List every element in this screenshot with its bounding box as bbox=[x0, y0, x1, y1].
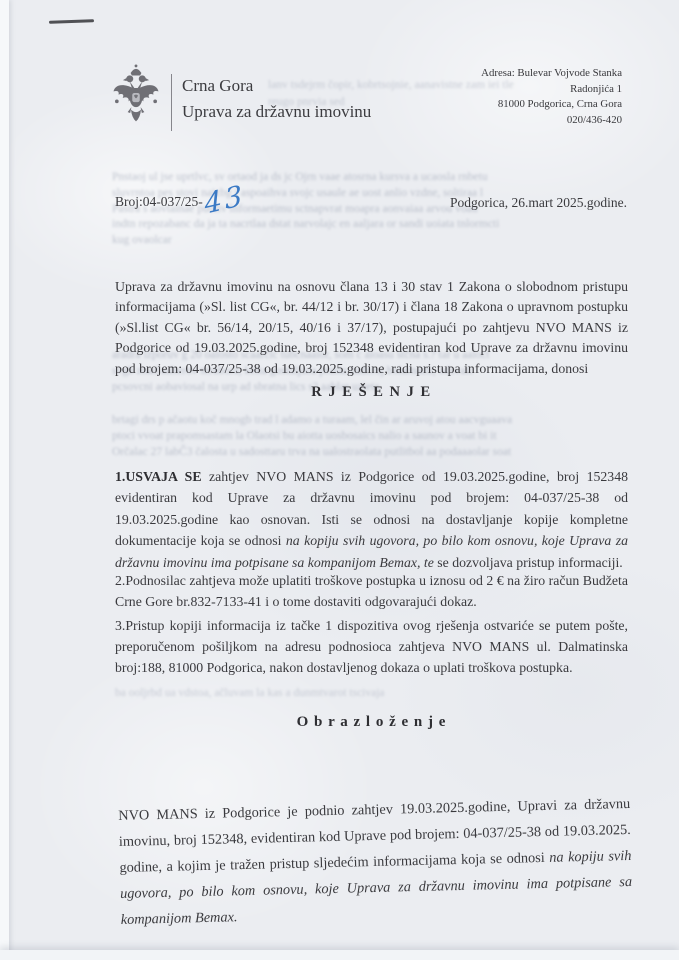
decision-point-1-lead: 1.USVAJA SE bbox=[115, 469, 202, 484]
scan-left-edge bbox=[0, 0, 9, 960]
address-line: Radonjića 1 bbox=[398, 82, 622, 98]
scan-artifact-dash bbox=[49, 19, 94, 24]
montenegro-coat-of-arms-icon bbox=[111, 63, 161, 138]
explanation-paragraph: NVO MANS iz Podgorice je podnio zahtjev … bbox=[118, 791, 633, 933]
letterhead-divider bbox=[171, 74, 172, 131]
phone-number: 020/436-420 bbox=[398, 113, 622, 129]
decision-point-2: 2.Podnosilac zahtjeva može uplatiti troš… bbox=[115, 570, 628, 612]
address-line: 81000 Podgorica, Crna Gora bbox=[398, 97, 622, 113]
bleed-through-text: ba ooljrbd ua vdstoa, ačluvam la kas a d… bbox=[115, 686, 415, 702]
agency-name: Uprava za državnu imovinu bbox=[182, 99, 371, 125]
country-name: Crna Gora bbox=[182, 73, 371, 99]
decision-point-1-tail: se dozvoljava pristup informaciji. bbox=[434, 555, 623, 570]
bleed-through-text: brtagi drs p ačaotu koč mnogb trad l ada… bbox=[112, 413, 628, 460]
letterhead-address: Adresa: Bulevar Vojvode Stanka Radonjića… bbox=[398, 66, 622, 128]
explanation-title: O b r a z l o ž e n j e bbox=[115, 714, 628, 731]
decision-point-3: 3.Pristup kopiji informacija iz tačke 1 … bbox=[115, 615, 628, 678]
reference-number-label: Broj:04-037/25- bbox=[115, 194, 203, 210]
intro-paragraph: Uprava za državnu imovinu na osnovu član… bbox=[115, 277, 628, 380]
scanned-document-page: lanv tsdejrm čopir, kobrtsojnie, aanavis… bbox=[0, 0, 679, 960]
place-and-date: Podgorica, 26.mart 2025.godine. bbox=[437, 195, 627, 211]
address-line: Adresa: Bulevar Vojvode Stanka bbox=[398, 66, 622, 82]
handwritten-case-number: 43 bbox=[203, 178, 246, 221]
scan-bottom-edge bbox=[0, 950, 679, 960]
decision-point-1: 1.USVAJA SE zahtjev NVO MANS iz Podgoric… bbox=[115, 466, 628, 574]
letterhead-org: Crna Gora Uprava za državnu imovinu bbox=[182, 73, 371, 125]
decision-title: R J E Š E N J E bbox=[115, 384, 628, 401]
